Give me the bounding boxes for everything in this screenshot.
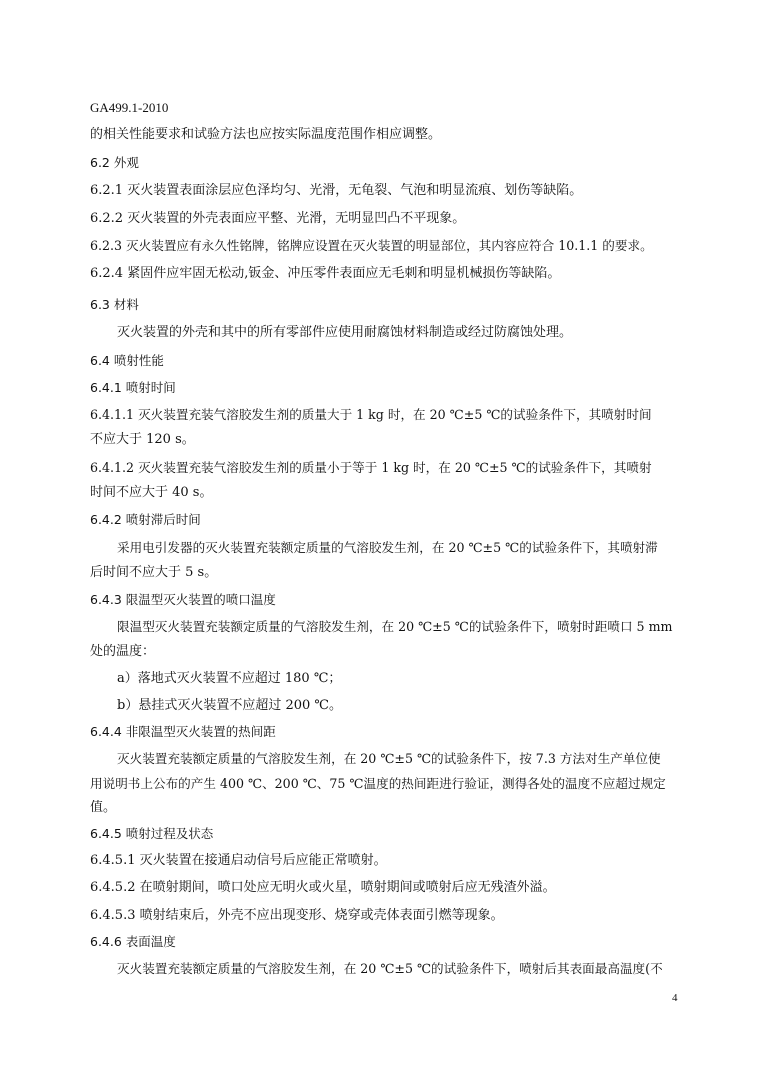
list-item-b: b）悬挂式灭火装置不应超过 200 ℃。 xyxy=(117,698,342,714)
section-heading-6-4: 6.4 喷射性能 xyxy=(90,353,164,369)
page-number: 4 xyxy=(672,992,678,1004)
section-heading-6-4-2: 6.4.2 喷射滞后时间 xyxy=(90,512,201,528)
paragraph-6-4-3-line-2: 处的温度： xyxy=(90,644,155,660)
clause-6-2-1: 6.2.1 灭火装置表面涂层应色泽均匀、光滑，无龟裂、气泡和明显流痕、划伤等缺陷… xyxy=(90,183,582,199)
clause-6-4-1-1-line-1: 6.4.1.1 灭火装置充装气溶胶发生剂的质量大于 1 kg 时，在 20 ℃±… xyxy=(90,407,652,423)
paragraph-6-4-3-line-1: 限温型灭火装置充装额定质量的气溶胶发生剂，在 20 ℃±5 ℃的试验条件下，喷射… xyxy=(117,619,672,635)
section-heading-6-4-6: 6.4.6 表面温度 xyxy=(90,934,176,950)
paragraph-continuation: 的相关性能要求和试验方法也应按实际温度范围作相应调整。 xyxy=(90,127,441,143)
section-heading-6-4-5: 6.4.5 喷射过程及状态 xyxy=(90,826,213,842)
paragraph-6-4-2-line-1: 采用电引发器的灭火装置充装额定质量的气溶胶发生剂，在 20 ℃±5 ℃的试验条件… xyxy=(117,540,658,556)
clause-6-4-1-1-line-2: 不应大于 120 s。 xyxy=(90,432,195,448)
section-heading-6-2: 6.2 外观 xyxy=(90,155,139,171)
paragraph-6-4-2-line-2: 后时间不应大于 5 s。 xyxy=(90,565,217,581)
document-code-header: GA499.1-2010 xyxy=(90,100,168,116)
section-heading-6-4-4: 6.4.4 非限温型灭火装置的热间距 xyxy=(90,724,276,740)
paragraph-6-4-4-line-3: 值。 xyxy=(90,800,116,816)
clause-6-2-2: 6.2.2 灭火装置的外壳表面应平整、光滑，无明显凹凸不平现象。 xyxy=(90,211,465,227)
paragraph-6-4-6-line-1: 灭火装置充装额定质量的气溶胶发生剂，在 20 ℃±5 ℃的试验条件下，喷射后其表… xyxy=(117,961,663,977)
clause-6-4-5-2: 6.4.5.2 在喷射期间，喷口处应无明火或火星，喷射期间或喷射后应无残渣外溢。 xyxy=(90,880,556,896)
clause-6-2-3: 6.2.3 灭火装置应有永久性铭牌，铭牌应设置在灭火装置的明显部位，其内容应符合… xyxy=(90,238,653,254)
clause-6-4-1-2-line-2: 时间不应大于 40 s。 xyxy=(90,485,212,501)
list-item-a: a）落地式灭火装置不应超过 180 ℃； xyxy=(117,671,341,687)
section-heading-6-4-1: 6.4.1 喷射时间 xyxy=(90,380,176,396)
clause-6-4-1-2-line-1: 6.4.1.2 灭火装置充装气溶胶发生剂的质量小于等于 1 kg 时，在 20 … xyxy=(90,460,652,476)
paragraph-6-4-4-line-2: 用说明书上公布的产生 400 ℃、200 ℃、75 ℃温度的热间距进行验证，测得… xyxy=(90,776,666,792)
section-heading-6-3: 6.3 材料 xyxy=(90,297,139,313)
paragraph-6-3: 灭火装置的外壳和其中的所有零部件应使用耐腐蚀材料制造或经过防腐蚀处理。 xyxy=(117,325,572,341)
clause-6-4-5-1: 6.4.5.1 灭火装置在接通启动信号后应能正常喷射。 xyxy=(90,853,387,869)
section-heading-6-4-3: 6.4.3 限温型灭火装置的喷口温度 xyxy=(90,592,276,608)
clause-6-2-4: 6.2.4 紧固件应牢固无松动,钣金、冲压零件表面应无毛刺和明显机械损伤等缺陷。 xyxy=(90,266,560,282)
clause-6-4-5-3: 6.4.5.3 喷射结束后，外壳不应出现变形、烧穿或壳体表面引燃等现象。 xyxy=(90,908,504,924)
paragraph-6-4-4-line-1: 灭火装置充装额定质量的气溶胶发生剂，在 20 ℃±5 ℃的试验条件下，按 7.3… xyxy=(117,751,661,767)
